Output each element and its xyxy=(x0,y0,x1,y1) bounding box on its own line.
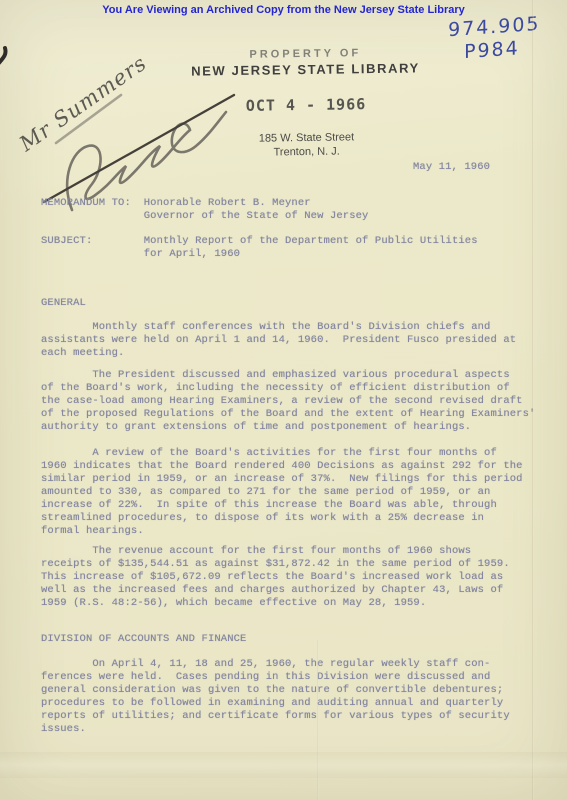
section-heading-general: GENERAL xyxy=(41,297,86,310)
section-heading-accounts-finance: DIVISION OF ACCOUNTS AND FINANCE xyxy=(41,633,246,646)
memo-subject-block: SUBJECT: Monthly Report of the Departmen… xyxy=(41,235,478,261)
archive-banner: You Are Viewing an Archived Copy from th… xyxy=(0,4,567,17)
scanned-document-page: You Are Viewing an Archived Copy from th… xyxy=(0,0,567,800)
routing-note-text: Mr Summers xyxy=(14,51,151,157)
paragraph-general-4: The revenue account for the first four m… xyxy=(41,545,510,610)
edge-ink-mark xyxy=(0,48,6,64)
signature-scribble xyxy=(67,112,226,210)
call-number-line2: P984 xyxy=(464,36,540,64)
paragraph-accounts-1: On April 4, 11, 18 and 25, 1960, the reg… xyxy=(41,658,510,736)
memo-to-block: MEMORANDUM TO: Honorable Robert B. Meyne… xyxy=(41,197,368,223)
paragraph-general-3: A review of the Board's activities for t… xyxy=(41,447,523,538)
paragraph-general-2: The President discussed and emphasized v… xyxy=(41,369,535,434)
library-call-number: 974.905 P984 xyxy=(448,13,540,66)
paragraph-general-1: Monthly staff conferences with the Board… xyxy=(41,321,516,360)
paper-crease-horizontal xyxy=(0,752,567,778)
memo-date: May 11, 1960 xyxy=(413,161,490,174)
handwritten-annotations: Mr Summers xyxy=(0,40,270,220)
